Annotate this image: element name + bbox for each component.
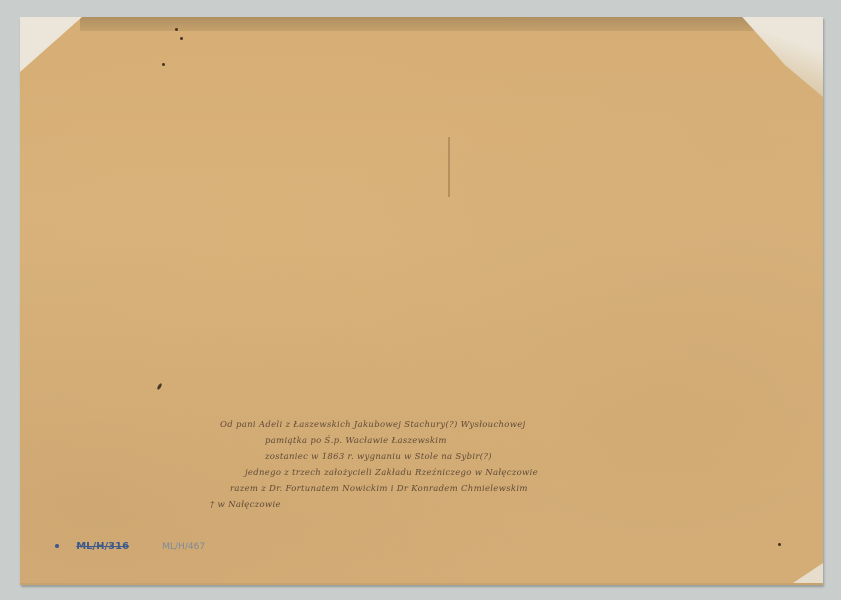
ink-dot (55, 544, 59, 548)
speck (156, 383, 162, 391)
new-catalog-number: ML/H/467 (162, 542, 205, 552)
corner-tear-top-left (20, 17, 82, 72)
inscription-line: † w Nałęczowie (210, 497, 670, 513)
inscription-line: Od pani Adeli z Łaszewskich Jakubowej St… (220, 417, 680, 433)
mount-board-back: Od pani Adeli z Łaszewskich Jakubowej St… (20, 17, 823, 585)
speck (162, 63, 165, 66)
top-tape-residue (80, 17, 760, 31)
inscription-line: pamiątka po Ś.p. Wacławie Łaszewskim (265, 433, 725, 449)
inscription-line: zostaniec w 1863 r. wygnaniu w Stole na … (265, 449, 725, 465)
old-catalog-number: ML/H/316 (76, 541, 129, 552)
speck (778, 543, 781, 546)
speck (175, 28, 178, 31)
inscription-line: jednego z trzech założycieli Zakładu Rze… (245, 465, 705, 481)
speck (180, 37, 183, 40)
corner-tear-bottom-right (793, 563, 823, 583)
handwritten-inscription: Od pani Adeli z Łaszewskich Jakubowej St… (220, 417, 680, 513)
inscription-line: razem z Dr. Fortunatem Nowickim i Dr Kon… (230, 481, 690, 497)
scratch-mark (448, 137, 450, 197)
catalog-numbers: ML/H/316 ML/H/467 (55, 541, 205, 552)
